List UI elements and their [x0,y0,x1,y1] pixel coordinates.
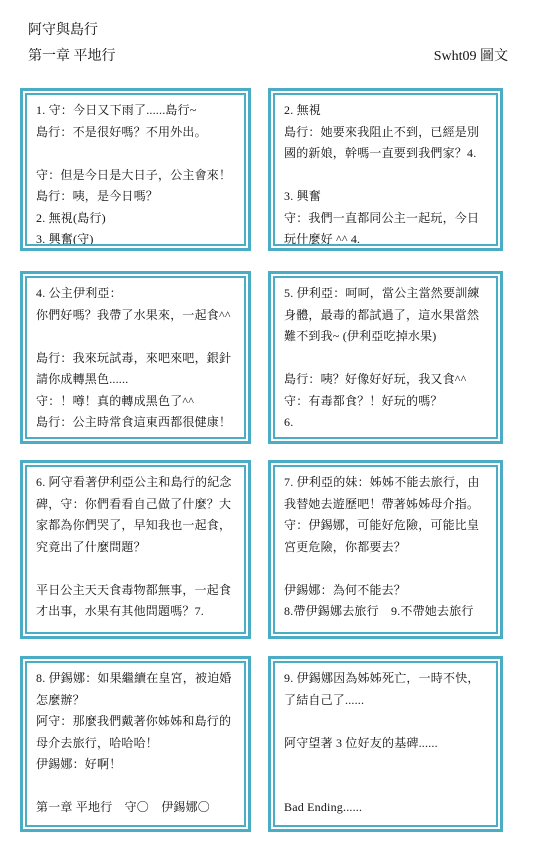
text-line: 阿守望著 3 位好友的基碑...... [284,733,487,755]
text-line: 島行：我來玩試毒，來吧來吧，銀針請你成轉黑色...... [36,348,235,391]
text-line: 2. 無視(島行) [36,208,235,230]
text-line: 你們好嗎？我帶了水果來，一起食^^ [36,305,235,327]
text-line: 3. 興奮 [284,186,487,208]
text-line: 伊錫娜：為何不能去？ [284,580,487,602]
story-box-9: 9. 伊錫娜因為姊姊死亡，一時不快，了結自己了......阿守望著 3 位好友的… [268,656,503,832]
text-line: 守：有毒都食？！好玩的嗎？ [284,391,487,413]
blank-line [284,558,487,580]
story-box-7-content: 7. 伊利亞的妹：姊姊不能去旅行，由我替她去遊歷吧！帶著姊姊母介指。守：伊錫娜，… [273,465,498,634]
text-line: 島行：咦？好像好好玩，我又食^^ [284,369,487,391]
text-line: 4. 公主伊利亞： [36,283,235,305]
blank-line [36,558,235,580]
blank-line [36,143,235,165]
text-line: 守：我們一直都同公主一起玩，今日玩什麼好 ^^ 4. [284,208,487,247]
text-line: 島行：不是很好嗎？不用外出。 [36,122,235,144]
chapter-subtitle: 第一章 平地行 [28,48,116,66]
blank-line [284,754,487,776]
story-box-6-content: 6. 阿守看著伊利亞公主和島行的紀念碑，守：你們看看自己做了什麼？大家都為你們哭… [25,465,246,634]
story-box-2: 2. 無視島行：她要來我阻止不到，已經是別國的新娘，幹嗎一直要到我們家？4.3.… [268,88,503,251]
story-box-5-content: 5. 伊利亞：呵呵，當公主當然要訓練身體，最毒的都試過了，這水果當然難不到我~ … [273,276,498,439]
text-line: 守：但是今日是大日子，公主會來！ [36,165,235,187]
story-box-4-content: 4. 公主伊利亞：你們好嗎？我帶了水果來，一起食^^島行：我來玩試毒，來吧來吧，… [25,276,246,439]
story-box-1: 1. 守：今日又下雨了......島行~島行：不是很好嗎？不用外出。守：但是今日… [20,88,251,251]
blank-line [284,776,487,798]
author-credit: Swht09 圖文 [434,48,508,66]
page-title: 阿守與島行 [28,22,98,40]
text-line: 守：！噂！真的轉成黑色了^^ [36,391,235,413]
text-line: 阿守：那麼我們戴著你姊姊和島行的母介去旅行，哈哈哈！ [36,711,235,754]
text-line: 伊錫娜：好啊！ [36,754,235,776]
story-box-9-content: 9. 伊錫娜因為姊姊死亡，一時不快，了結自己了......阿守望著 3 位好友的… [273,661,498,827]
text-line: 島行：公主時常食這東西都很健康！5. [36,412,235,439]
story-script-page: 阿守與島行 第一章 平地行 Swht09 圖文 1. 守：今日又下雨了.....… [0,0,534,858]
story-box-8-content: 8. 伊錫娜：如果繼續在皇宮，被迫婚怎麼辦？阿守：那麼我們戴著你姊姊和島行的母介… [25,661,246,827]
blank-line [284,348,487,370]
text-line: 島行：她要來我阻止不到，已經是別國的新娘，幹嗎一直要到我們家？4. [284,122,487,165]
story-box-1-content: 1. 守：今日又下雨了......島行~島行：不是很好嗎？不用外出。守：但是今日… [25,93,246,246]
text-line: 平日公主天天食毒物都無事，一起食才出事，水果有其他問題嗎？7. [36,580,235,623]
text-line: 1. 守：今日又下雨了......島行~ [36,100,235,122]
text-line: 6. [284,412,487,434]
text-line: 7. 伊利亞的妹：姊姊不能去旅行，由我替她去遊歷吧！帶著姊姊母介指。 [284,472,487,515]
story-box-2-content: 2. 無視島行：她要來我阻止不到，已經是別國的新娘，幹嗎一直要到我們家？4.3.… [273,93,498,246]
blank-line [284,711,487,733]
story-box-7: 7. 伊利亞的妹：姊姊不能去旅行，由我替她去遊歷吧！帶著姊姊母介指。守：伊錫娜，… [268,460,503,639]
text-line: 守：伊錫娜，可能好危險，可能比皇宮更危險，你都要去？ [284,515,487,558]
story-box-6: 6. 阿守看著伊利亞公主和島行的紀念碑，守：你們看看自己做了什麼？大家都為你們哭… [20,460,251,639]
text-line: Bad Ending...... [284,797,487,819]
blank-line [284,165,487,187]
text-line: 島行：咦，是今日嗎？ [36,186,235,208]
story-box-4: 4. 公主伊利亞：你們好嗎？我帶了水果來，一起食^^島行：我來玩試毒，來吧來吧，… [20,271,251,444]
blank-line [36,776,235,798]
text-line: 8. 伊錫娜：如果繼續在皇宮，被迫婚怎麼辦？ [36,668,235,711]
blank-line [36,326,235,348]
text-line: 3. 興奮(守) [36,229,235,246]
text-line: 2. 無視 [284,100,487,122]
text-line: 6. 阿守看著伊利亞公主和島行的紀念碑，守：你們看看自己做了什麼？大家都為你們哭… [36,472,235,558]
text-line: 9. 伊錫娜因為姊姊死亡，一時不快，了結自己了...... [284,668,487,711]
story-box-5: 5. 伊利亞：呵呵，當公主當然要訓練身體，最毒的都試過了，這水果當然難不到我~ … [268,271,503,444]
text-line: 第一章 平地行 守〇 伊錫娜〇 [36,797,235,819]
story-box-8: 8. 伊錫娜：如果繼續在皇宮，被迫婚怎麼辦？阿守：那麼我們戴著你姊姊和島行的母介… [20,656,251,832]
text-line: 5. 伊利亞：呵呵，當公主當然要訓練身體，最毒的都試過了，這水果當然難不到我~ … [284,283,487,348]
text-line: 8.帶伊錫娜去旅行 9.不帶她去旅行 [284,601,487,623]
